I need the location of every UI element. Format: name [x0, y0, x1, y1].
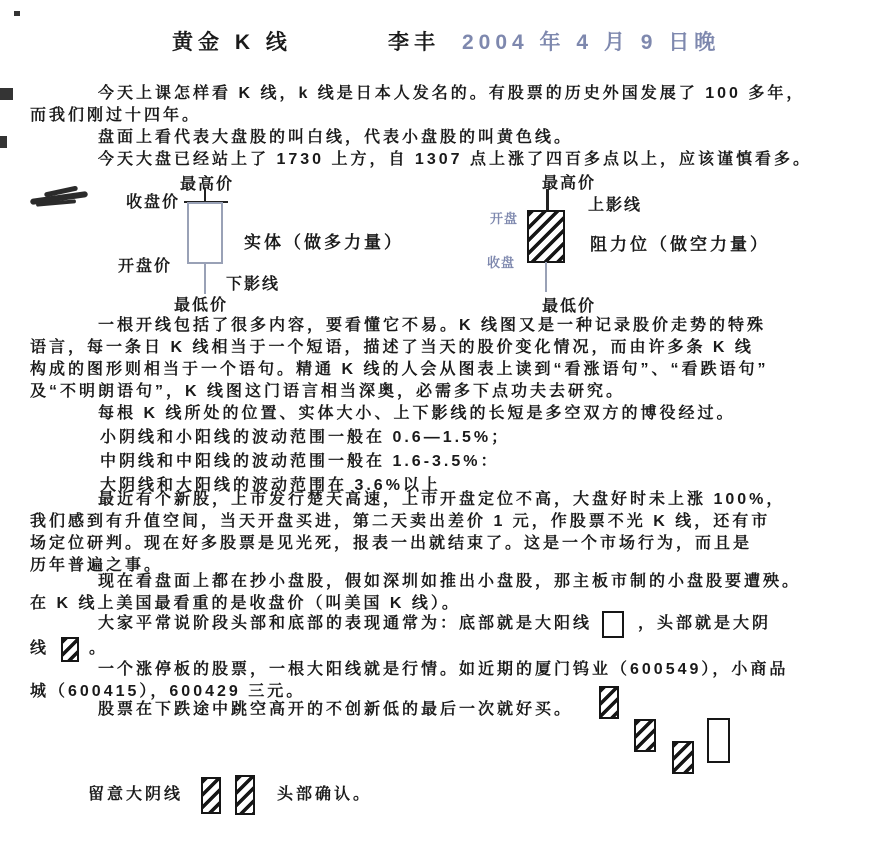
range-item: 中阴线和中阳线的波动范围一般在 1.6-3.5%： [100, 452, 500, 472]
label-highest-price: 最高价 [542, 170, 596, 193]
text-line: 最近有个新股，上市发行楚天高速，上市开盘定位不高，大盘好时未上涨 100%， [98, 490, 785, 510]
top-bottom-line-2: 线 。 [30, 636, 108, 662]
scan-speck [0, 88, 13, 100]
label-close: 收盘 [487, 252, 515, 271]
text-segment: 。 [89, 639, 108, 659]
scanned-document-page: 黄金 K 线 李丰 2004 年 4 月 9 日晚 今天上课怎样看 K 线，k … [0, 0, 870, 842]
lower-shadow-line [204, 263, 206, 294]
text-segment: 留意大阴线 [88, 785, 183, 805]
top-bottom-line-1: 大家平常说阶段头部和底部的表现通常为：底部就是大阳线 ，头部就是大阴 [98, 610, 771, 638]
bearish-candle-icon [634, 719, 656, 752]
scan-speck [0, 136, 7, 148]
author-name: 李丰 [388, 26, 440, 56]
bearish-candle-icon [599, 686, 619, 719]
label-lowest-price: 最低价 [174, 292, 228, 315]
text-line: 一个涨停板的股票，一根大阳线就是行情。如近期的厦门钨业（600549），小商品 [98, 660, 788, 680]
text-line: 今天上课怎样看 K 线，k 线是日本人发名的。有股票的历史外国发展了 100 多… [98, 84, 805, 104]
label-lower-shadow: 下影线 [226, 271, 280, 294]
label-upper-shadow: 上影线 [588, 192, 642, 215]
text-segment: 线 [30, 639, 49, 659]
range-item: 小阴线和小阳线的波动范围一般在 0.6—1.5%； [100, 428, 510, 448]
bearish-candle-icon [61, 637, 79, 662]
bearish-candle-body [527, 210, 565, 263]
scan-speck [14, 11, 20, 16]
bullish-candle-icon [707, 718, 730, 763]
text-line: 场定位研判。现在好多股票是见光死，报表一出就结束了。这是一个市场行为，而且是 [30, 534, 752, 554]
upper-shadow-line [546, 189, 549, 212]
label-close-price: 收盘价 [126, 189, 180, 212]
text-line: 一根开线包括了很多内容，要看懂它不易。K 线图又是一种记录股价走势的特殊 [98, 316, 766, 336]
label-open: 开盘 [490, 208, 518, 227]
bearish-candle-icon [672, 741, 694, 774]
text-line: 构成的图形则相当于一个语句。精通 K 线的人会从图表上读到“看涨语句”、“看跌语… [30, 360, 768, 380]
bullish-candle-body [187, 202, 223, 264]
label-resistance-bear-force: 阻力位（做空力量） [590, 230, 770, 255]
text-line: 城（600415），600429 三元。 [30, 682, 305, 702]
page-title: 黄金 K 线 [172, 26, 292, 56]
text-segment: 头部确认。 [277, 785, 372, 805]
text-segment: 大家平常说阶段头部和底部的表现通常为：底部就是大阳线 [98, 614, 592, 634]
text-segment: ，头部就是大阴 [638, 614, 771, 634]
label-open-price: 开盘价 [118, 253, 172, 276]
text-line: 每根 K 线所处的位置、实体大小、上下影线的长短是多空双方的博役经过。 [98, 404, 735, 424]
text-line: 而我们刚过十四年。 [30, 106, 201, 126]
text-line: 语言，每一条日 K 线相当于一个短语，描述了当天的股价变化情况，而由许多条 K … [30, 338, 754, 358]
text-line: 我们感到有升值空间，当天开盘买进，第二天卖出差价 1 元，作股票不光 K 线，还… [30, 512, 770, 532]
handwriting-smudge [30, 186, 94, 212]
label-body-bull-force: 实体（做多力量） [244, 228, 404, 253]
text-line: 及“不明朗语句”，K 线图这门语言相当深奥，必需多下点功夫去研究。 [30, 382, 625, 402]
label-highest-price: 最高价 [180, 171, 234, 194]
text-line: 今天大盘已经站上了 1730 上方，自 1307 点上涨了四百多点以上，应该谨慎… [98, 150, 812, 170]
text-line: 盘面上看代表大盘股的叫白线，代表小盘股的叫黄色线。 [98, 128, 573, 148]
lower-shadow-line [545, 262, 547, 292]
lecture-date: 2004 年 4 月 9 日晚 [462, 26, 720, 56]
bullish-candle-icon [602, 611, 624, 638]
text-line: 股票在下跌途中跳空高开的不创新低的最后一次就好买。 [98, 700, 573, 720]
bearish-candle-icon [235, 775, 255, 815]
bearish-candle-icon [201, 777, 221, 814]
note-line: 留意大阴线 头部确认。 [88, 774, 372, 816]
text-line: 现在看盘面上都在抄小盘股，假如深圳如推出小盘股，那主板市制的小盘股要遭殃。 [98, 572, 801, 592]
label-lowest-price: 最低价 [542, 293, 596, 316]
